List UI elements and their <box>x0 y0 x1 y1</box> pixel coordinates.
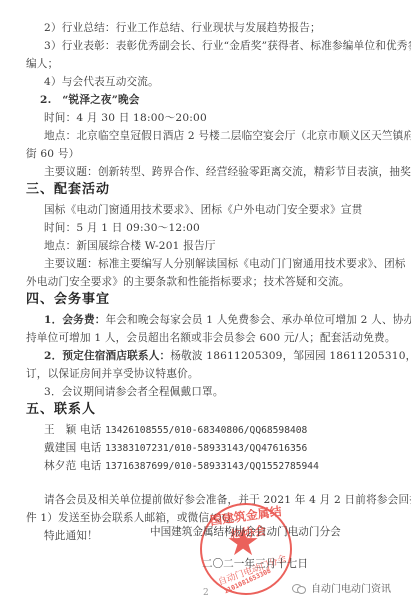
agenda-item-2: 2）行业总结：行业工作总结、行业现状与发展趋势报告； <box>44 21 411 35</box>
hotel-label: 2．预定住宿酒店联系人： <box>44 350 170 362</box>
fee-item: 1．会务费：年会和晚会每家会员 1 人免费参会、承办单位可增加 2 人、协办及支 <box>44 313 411 327</box>
section-3-location: 地点：新国展综合楼 W-201 报告厅 <box>44 239 411 253</box>
agenda-item-3-cont: 编人； <box>26 57 396 71</box>
official-seal: 国建筑金属结构协会 ★ 自动门电动门分会 1101081653308 <box>200 503 292 595</box>
contact-label: 电话 <box>80 442 102 454</box>
contact-row: 王 颖 电话 13426108555/010-68340806/QQ685984… <box>44 423 411 438</box>
contact-label: 电话 <box>80 460 102 472</box>
event-2-time: 时间：4 月 30 日 18:00～20:00 <box>44 111 411 125</box>
hotel-item: 2．预定住宿酒店联系人：杨敬波 18611205309，邹园园 18611205… <box>44 349 411 363</box>
fee-text: 年会和晚会每家会员 1 人免费参会、承办单位可增加 2 人、协办及支 <box>106 314 411 326</box>
event-2-location: 地点：北京临空皇冠假日酒店 2 号楼二层临空宴会厅（北京市顺义区天竺镇府前一 <box>44 129 411 143</box>
closing-paragraph: 请各会员及相关单位提前做好参会准备，并于 2021 年 4 月 2 日前将参会回… <box>44 493 411 507</box>
section-3-heading: 三、配套活动 <box>26 183 396 197</box>
contact-row: 林夕范 电话 13716387699/010-58933143/QQ155278… <box>44 459 411 474</box>
contact-name: 戴建国 <box>44 442 76 454</box>
agenda-item-4: 4）与会代表互动交流。 <box>44 75 411 89</box>
page-number: 2 <box>203 588 209 598</box>
contact-row: 戴建国 电话 13383107231/010-58933143/QQ476163… <box>44 441 411 456</box>
hotel-text: 杨敬波 18611205309，邹园园 18611205310，请及早预 <box>170 350 411 362</box>
section-3-title: 国标《电动门窗通用技术要求》、团标《户外电动门安全要求》宣贯 <box>44 203 411 217</box>
section-4-heading: 四、会务事宜 <box>26 293 396 307</box>
section-3-time: 时间：5 月 1 日 09:30～12:00 <box>44 221 411 235</box>
contact-info: 13426108555/010-68340806/QQ68598408 <box>105 425 307 436</box>
contact-label: 电话 <box>80 424 102 436</box>
mask-item: 3．会议期间请参会者全程佩戴口罩。 <box>44 385 411 399</box>
hotel-item-cont: 订，以保证房间并享受协议特惠价。 <box>26 367 396 381</box>
section-5-heading: 五、联系人 <box>26 403 396 417</box>
wechat-icon <box>292 583 306 593</box>
section-3-topics-cont: 外电动门安全要求》的主要条款和性能指标要求；技术答疑和交流。 <box>26 275 396 289</box>
signature-org: 中国建筑金属结构协会自动门电动门分会 <box>150 524 341 539</box>
source-watermark: 自动门电动门资讯 <box>292 580 391 595</box>
event-2-title: 2. “锐泽之夜”晚会 <box>40 93 410 107</box>
document-page: 2）行业总结：行业工作总结、行业现状与发展趋势报告； 3）行业表彰：表彰优秀副会… <box>0 0 411 606</box>
event-2-topics: 主要议题：创新转型、跨界合作、经营经验零距离交流，精彩节目表演，抽奖活动。 <box>44 165 411 179</box>
section-3-topics: 主要议题：标准主要编写人分别解读国标《电动门门窗通用技术要求》、团标《户 <box>44 257 411 271</box>
contact-info: 13383107231/010-58933143/QQ47616356 <box>105 443 307 454</box>
fee-label: 1．会务费： <box>44 314 106 326</box>
signature-date: 二〇二一年三月十七日 <box>202 556 308 571</box>
contact-name: 王 颖 <box>44 424 76 436</box>
fee-item-cont: 持单位可增加 1 人，会员超出名额或非会员参会 600 元/人；配套活动免费。 <box>26 331 396 345</box>
agenda-item-3: 3）行业表彰：表彰优秀副会长、行业“金盾奖”获得者、标准参编单位和优秀参 <box>44 39 411 53</box>
contact-name: 林夕范 <box>44 460 76 472</box>
contact-info: 13716387699/010-58933143/QQ1552785944 <box>105 461 319 472</box>
event-2-location-cont: 街 60 号） <box>26 147 396 161</box>
watermark-text: 自动门电动门资讯 <box>311 580 391 595</box>
